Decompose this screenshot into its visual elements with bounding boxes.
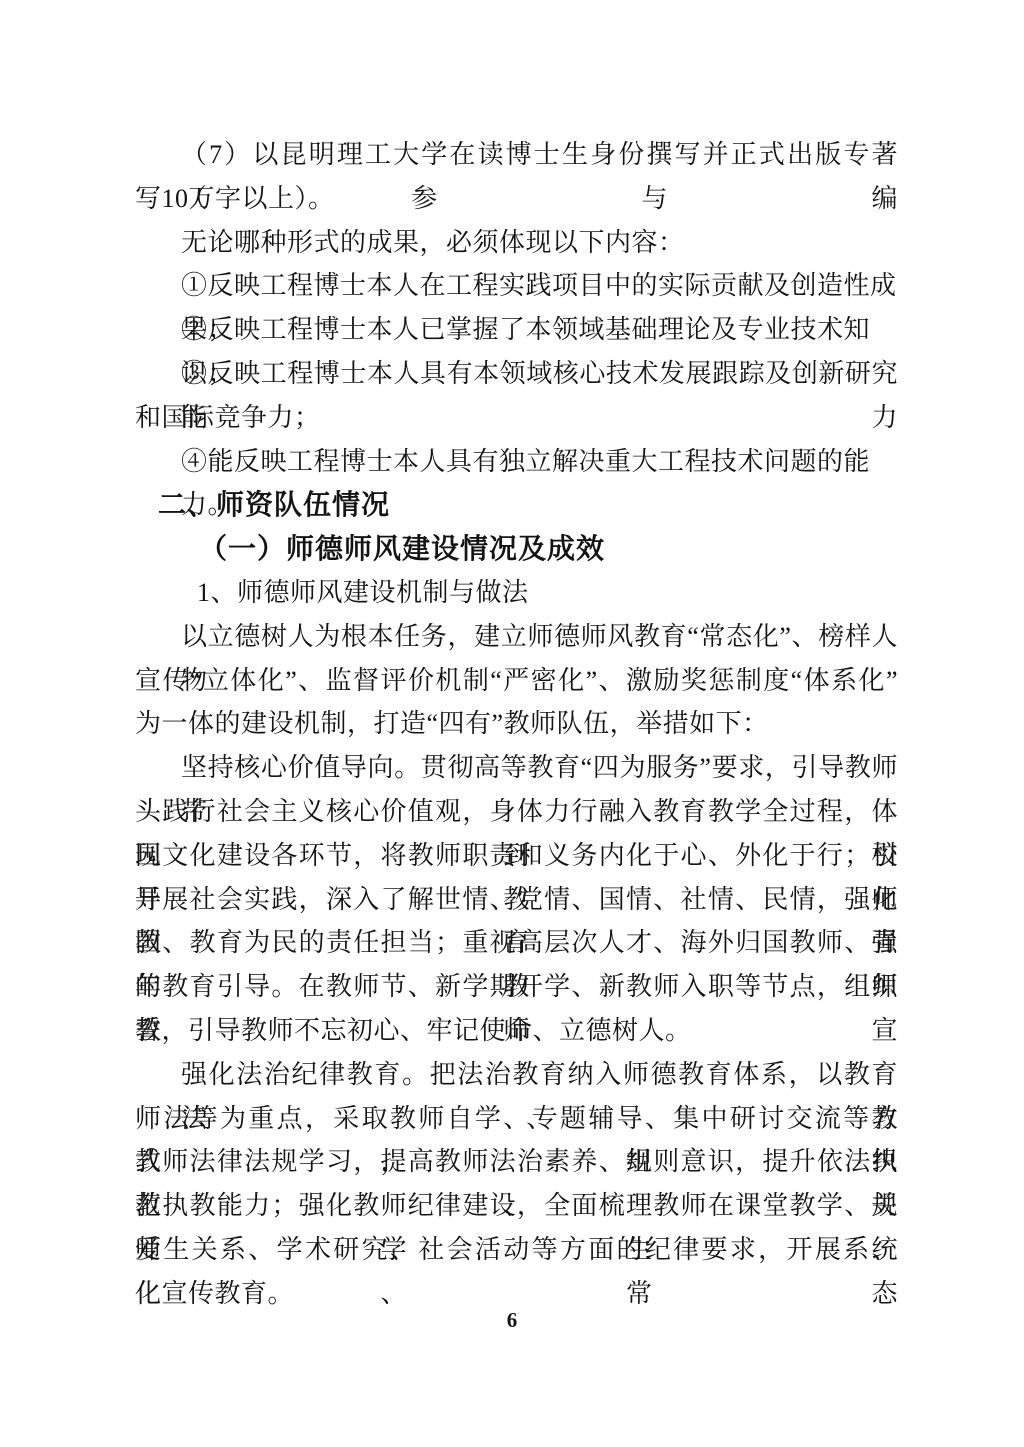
text-line: 头践行社会主义核心价值观，身体力行融入教育教学全过程，体现到校 [135, 790, 898, 834]
text-line: 强化法治纪律教育。把法治教育纳入师德教育体系，以教育法、教 [135, 1053, 898, 1097]
text-line: 为一体的建设机制，打造“四有”教师队伍，举措如下： [135, 702, 898, 746]
text-line: ③反映工程博士本人具有本领域核心技术发展跟踪及创新研究能力 [135, 352, 898, 396]
text-line: 坚持核心价值导向。贯彻高等教育“四为服务”要求，引导教师带 [135, 746, 898, 790]
text-line: 的教育引导。在教师节、新学期开学、新教师入职等节点，组织教师宣 [135, 965, 898, 1009]
text-line: ②反映工程博士本人已掌握了本领域基础理论及专业技术知识； [135, 308, 898, 352]
text-line: ①反映工程博士本人在工程实践项目中的实际贡献及创造性成果； [135, 264, 898, 308]
text-line: 国、教育为民的责任担当；重视高层次人才、海外归国教师、青年教师 [135, 921, 898, 965]
text-line: 无论哪种形式的成果，必须体现以下内容： [135, 221, 898, 265]
text-line: 宣传“立体化”、监督评价机制“严密化”、激励奖惩制度“体系化” [135, 659, 898, 703]
text-line: 开展社会实践，深入了解世情、党情、国情、社情、民情，强化教育强 [135, 878, 898, 922]
heading-level-2: （一）师德师风建设情况及成效 [135, 527, 898, 571]
numbered-subheading: 1、师德师风建设机制与做法 [135, 571, 898, 615]
text-line: 以立德树人为根本任务，建立师德师风教育“常态化”、榜样人物 [135, 615, 898, 659]
text-line: （7）以昆明理工大学在读博士生身份撰写并正式出版专著（参与编 [135, 133, 898, 177]
heading-level-1: 二、师资队伍情况 [135, 483, 898, 527]
text-line: 师法等为重点，采取教师自学、专题辅导、集中研讨交流等方式，组织 [135, 1097, 898, 1141]
page-number: 6 [0, 1306, 1024, 1334]
text-line: 师生关系、学术研究、社会活动等方面的纪律要求，开展系统化、常态 [135, 1228, 898, 1272]
text-line: 范执教能力；强化教师纪律建设，全面梳理教师在课堂教学、关爱学生、 [135, 1184, 898, 1228]
text-line: ④能反映工程博士本人具有独立解决重大工程技术问题的能力。 [135, 440, 898, 484]
text-line: 园文化建设各环节，将教师职责和义务内化于心、外化于行；引导教师 [135, 834, 898, 878]
document-body: （7）以昆明理工大学在读博士生身份撰写并正式出版专著（参与编写10万字以上）。无… [135, 133, 898, 1316]
text-line: 教师法律法规学习，提高教师法治素养、规则意识，提升依法执教、规 [135, 1140, 898, 1184]
document-page: （7）以昆明理工大学在读博士生身份撰写并正式出版专著（参与编写10万字以上）。无… [0, 0, 1024, 1447]
